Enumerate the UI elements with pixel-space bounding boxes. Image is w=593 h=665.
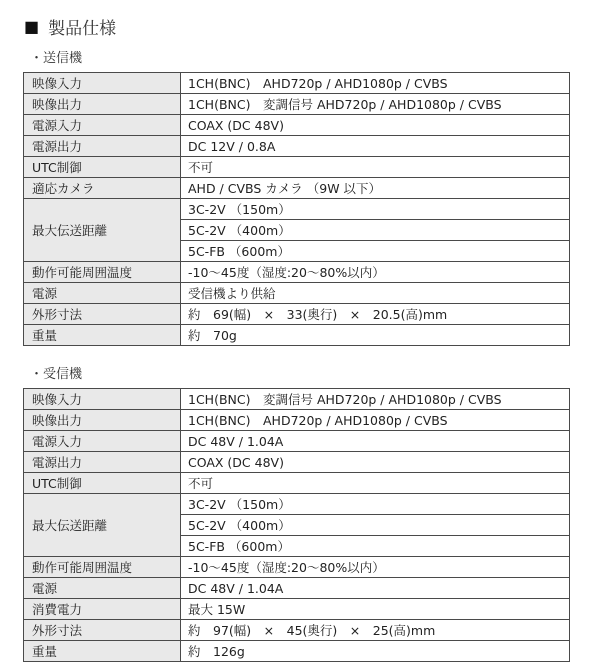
spec-sheet-page: ■ 製品仕様 ・送信機 映像入力1CH(BNC) AHD720p / AHD10… bbox=[0, 0, 593, 665]
spec-row: 動作可能周囲温度-10〜45度（湿度:20〜80%以内） bbox=[24, 262, 570, 283]
spec-label-cell: UTC制御 bbox=[24, 473, 181, 494]
spec-value-cell: DC 48V / 1.04A bbox=[181, 578, 570, 599]
receiver-spec-table: 映像入力1CH(BNC) 変調信号 AHD720p / AHD1080p / C… bbox=[23, 388, 570, 662]
spec-label-cell: 電源入力 bbox=[24, 115, 181, 136]
black-square-icon: ■ bbox=[24, 19, 39, 35]
spec-label-cell: UTC制御 bbox=[24, 157, 181, 178]
spec-value-cell: DC 12V / 0.8A bbox=[181, 136, 570, 157]
spec-row: 映像出力1CH(BNC) AHD720p / AHD1080p / CVBS bbox=[24, 410, 570, 431]
transmitter-section-label: ・送信機 bbox=[30, 47, 571, 66]
spec-row: 映像入力1CH(BNC) AHD720p / AHD1080p / CVBS bbox=[24, 73, 570, 94]
transmitter-spec-table: 映像入力1CH(BNC) AHD720p / AHD1080p / CVBS映像… bbox=[23, 72, 570, 346]
spec-value-cell: COAX (DC 48V) bbox=[181, 452, 570, 473]
spec-label-cell: 電源入力 bbox=[24, 431, 181, 452]
spec-row: 電源入力DC 48V / 1.04A bbox=[24, 431, 570, 452]
spec-value-cell: 3C-2V （150m） bbox=[181, 199, 570, 220]
spec-label-cell: 電源出力 bbox=[24, 452, 181, 473]
spec-value-cell: 不可 bbox=[181, 473, 570, 494]
spec-row: 電源出力COAX (DC 48V) bbox=[24, 452, 570, 473]
spec-value-cell: 5C-2V （400m） bbox=[181, 515, 570, 536]
spec-value-cell: 最大 15W bbox=[181, 599, 570, 620]
spec-row: 最大伝送距離3C-2V （150m） bbox=[24, 199, 570, 220]
spec-label-cell: 映像出力 bbox=[24, 94, 181, 115]
spec-value-cell: 1CH(BNC) 変調信号 AHD720p / AHD1080p / CVBS bbox=[181, 389, 570, 410]
spec-label-cell: 消費電力 bbox=[24, 599, 181, 620]
spec-value-cell: -10〜45度（湿度:20〜80%以内） bbox=[181, 557, 570, 578]
receiver-section-label: ・受信機 bbox=[30, 363, 571, 382]
spec-value-cell: COAX (DC 48V) bbox=[181, 115, 570, 136]
spec-row: 重量約 70g bbox=[24, 325, 570, 346]
spec-value-cell: 不可 bbox=[181, 157, 570, 178]
spec-label-cell: 最大伝送距離 bbox=[24, 199, 181, 262]
spec-value-cell: 5C-FB （600m） bbox=[181, 241, 570, 262]
spec-row: 消費電力最大 15W bbox=[24, 599, 570, 620]
receiver-section: ・受信機 映像入力1CH(BNC) 変調信号 AHD720p / AHD1080… bbox=[23, 363, 571, 662]
spec-label-cell: 最大伝送距離 bbox=[24, 494, 181, 557]
spec-row: 動作可能周囲温度-10〜45度（湿度:20〜80%以内） bbox=[24, 557, 570, 578]
spec-row: UTC制御不可 bbox=[24, 473, 570, 494]
spec-row: 適応カメラAHD / CVBS カメラ （9W 以下） bbox=[24, 178, 570, 199]
spec-value-cell: 1CH(BNC) AHD720p / AHD1080p / CVBS bbox=[181, 410, 570, 431]
spec-label-cell: 映像入力 bbox=[24, 73, 181, 94]
spec-row: 電源受信機より供給 bbox=[24, 283, 570, 304]
spec-label-cell: 重量 bbox=[24, 325, 181, 346]
spec-value-cell: 1CH(BNC) AHD720p / AHD1080p / CVBS bbox=[181, 73, 570, 94]
spec-label-cell: 適応カメラ bbox=[24, 178, 181, 199]
spec-label-cell: 電源 bbox=[24, 578, 181, 599]
spec-label-cell: 外形寸法 bbox=[24, 304, 181, 325]
spec-value-cell: 1CH(BNC) 変調信号 AHD720p / AHD1080p / CVBS bbox=[181, 94, 570, 115]
spec-label-cell: 映像出力 bbox=[24, 410, 181, 431]
transmitter-section: ・送信機 映像入力1CH(BNC) AHD720p / AHD1080p / C… bbox=[23, 47, 571, 346]
spec-value-cell: 3C-2V （150m） bbox=[181, 494, 570, 515]
spec-label-cell: 外形寸法 bbox=[24, 620, 181, 641]
spec-label-cell: 動作可能周囲温度 bbox=[24, 262, 181, 283]
spec-row: 電源出力DC 12V / 0.8A bbox=[24, 136, 570, 157]
spec-row: 映像出力1CH(BNC) 変調信号 AHD720p / AHD1080p / C… bbox=[24, 94, 570, 115]
spec-row: 映像入力1CH(BNC) 変調信号 AHD720p / AHD1080p / C… bbox=[24, 389, 570, 410]
spec-row: UTC制御不可 bbox=[24, 157, 570, 178]
spec-value-cell: 約 97(幅) × 45(奥行) × 25(高)mm bbox=[181, 620, 570, 641]
page-title-text: 製品仕様 bbox=[48, 14, 116, 39]
spec-value-cell: 5C-FB （600m） bbox=[181, 536, 570, 557]
spec-value-cell: AHD / CVBS カメラ （9W 以下） bbox=[181, 178, 570, 199]
spec-value-cell: DC 48V / 1.04A bbox=[181, 431, 570, 452]
spec-row: 外形寸法約 97(幅) × 45(奥行) × 25(高)mm bbox=[24, 620, 570, 641]
spec-row: 最大伝送距離3C-2V （150m） bbox=[24, 494, 570, 515]
spec-label-cell: 映像入力 bbox=[24, 389, 181, 410]
spec-label-cell: 電源出力 bbox=[24, 136, 181, 157]
spec-value-cell: 5C-2V （400m） bbox=[181, 220, 570, 241]
spec-row: 外形寸法約 69(幅) × 33(奥行) × 20.5(高)mm bbox=[24, 304, 570, 325]
spec-value-cell: 約 126g bbox=[181, 641, 570, 662]
spec-value-cell: 約 69(幅) × 33(奥行) × 20.5(高)mm bbox=[181, 304, 570, 325]
spec-value-cell: -10〜45度（湿度:20〜80%以内） bbox=[181, 262, 570, 283]
spec-label-cell: 電源 bbox=[24, 283, 181, 304]
spec-label-cell: 動作可能周囲温度 bbox=[24, 557, 181, 578]
spec-row: 重量約 126g bbox=[24, 641, 570, 662]
spec-row: 電源入力COAX (DC 48V) bbox=[24, 115, 570, 136]
spec-row: 電源DC 48V / 1.04A bbox=[24, 578, 570, 599]
spec-label-cell: 重量 bbox=[24, 641, 181, 662]
spec-value-cell: 約 70g bbox=[181, 325, 570, 346]
spec-value-cell: 受信機より供給 bbox=[181, 283, 570, 304]
page-title: ■ 製品仕様 bbox=[24, 14, 571, 39]
